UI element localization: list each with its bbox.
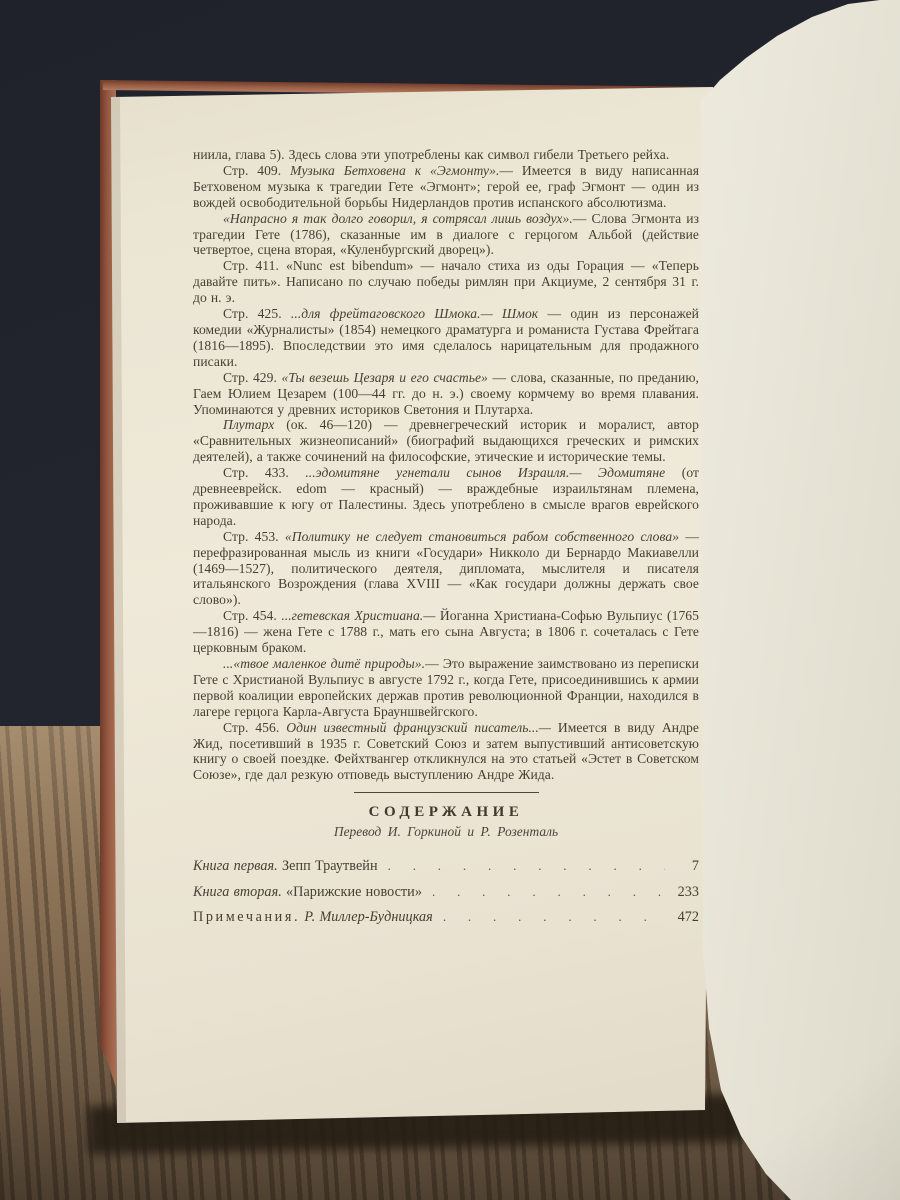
paragraph-italic-text: «Политику не следует становиться рабом с…	[285, 529, 679, 544]
paragraph: Плутарх (ок. 46—120) — древнегреческий и…	[193, 417, 699, 465]
toc-row: Примечания. Р. Миллер-Будницкая. . . . .…	[193, 909, 699, 925]
paragraph: Стр. 433. ...эдомитяне угнетали сынов Из…	[193, 465, 699, 529]
toc-label-segment: Примечания.	[193, 909, 300, 925]
toc-label-segment: Книга вторая.	[193, 884, 282, 900]
toc-row: Книга первая. Зепп Траутвейн. . . . . . …	[193, 858, 699, 874]
paragraph-italic-text: Музыка Бетховена к «Эгмонту».	[290, 163, 499, 178]
page-text: ниила, глава 5). Здесь слова эти употреб…	[193, 147, 699, 935]
paragraph-text: Стр. 454.	[223, 608, 281, 623]
contents-list: Книга первая. Зепп Траутвейн. . . . . . …	[193, 858, 699, 925]
book-photo-scene: ниила, глава 5). Здесь слова эти употреб…	[0, 0, 900, 1200]
toc-label-segment: «Парижские новости»	[282, 884, 422, 900]
toc-dot-leader: . . . . . . . . . .	[433, 909, 665, 925]
paragraph: Стр. 454. ...гетевская Христиана.— Йоган…	[193, 608, 699, 656]
toc-label-segment: Р. Миллер-Будницкая	[300, 909, 433, 925]
toc-label-segment: Книга первая.	[193, 858, 278, 874]
toc-page-number: 7	[665, 858, 699, 874]
toc-row-label: Книга вторая. «Парижские новости»	[193, 884, 422, 900]
paragraph: Стр. 453. «Политику не следует становить…	[193, 529, 699, 609]
paragraph-text: Стр. 409.	[223, 163, 290, 178]
paragraph: «Напрасно я так долго говорил, я сотряса…	[193, 211, 699, 259]
paragraph-italic-text: ...эдомитяне угнетали сынов Израиля.— Эд…	[305, 465, 665, 480]
paragraph-italic-text: ...гетевская Христиана.—	[281, 608, 435, 623]
contents-subtitle: Перевод И. Горкиной и Р. Розенталь	[193, 824, 699, 840]
paragraph-italic-text: ...для фрейтаговского Шмока.— Шмок	[291, 306, 538, 321]
paragraph: Стр. 411. «Nunc est bibendum» — начало с…	[193, 258, 699, 306]
paragraph-text: Стр. 429.	[223, 370, 282, 385]
paragraph-italic-text: «Напрасно я так долго говорил, я сотряса…	[223, 211, 573, 226]
paragraph-text: Стр. 411. «Nunc est bibendum» — начало с…	[193, 258, 699, 305]
toc-row: Книга вторая. «Парижские новости». . . .…	[193, 884, 699, 900]
toc-page-number: 472	[665, 909, 699, 925]
toc-label-segment: Зепп Траутвейн	[278, 858, 378, 874]
body-paragraphs: ниила, глава 5). Здесь слова эти употреб…	[193, 147, 699, 783]
contents-title: СОДЕРЖАНИЕ	[193, 805, 699, 821]
toc-dot-leader: . . . . . . . . . .	[422, 884, 665, 900]
section-divider	[354, 792, 539, 793]
paragraph: Стр. 429. «Ты везешь Цезаря и его счасть…	[193, 370, 699, 418]
paragraph-text: ниила, глава 5). Здесь слова эти употреб…	[193, 147, 669, 162]
paragraph-text: Стр. 453.	[223, 529, 285, 544]
toc-row-label: Примечания. Р. Миллер-Будницкая	[193, 909, 433, 925]
toc-page-number: 233	[665, 884, 699, 900]
paragraph: ниила, глава 5). Здесь слова эти употреб…	[193, 147, 699, 163]
paragraph-text: Стр. 456.	[223, 720, 286, 735]
paragraph-text: Стр. 425.	[223, 306, 291, 321]
paragraph-italic-text: «Ты везешь Цезаря и его счастье»	[282, 370, 488, 385]
paragraph-italic-text: ...«твое маленкое дитё природы».	[223, 656, 425, 671]
paragraph: Стр. 425. ...для фрейтаговского Шмока.— …	[193, 306, 699, 370]
paragraph-italic-text: Один известный французский писатель...—	[286, 720, 551, 735]
paragraph: ...«твое маленкое дитё природы».— Это вы…	[193, 656, 699, 720]
toc-dot-leader: . . . . . . . . . . . . .	[378, 858, 665, 874]
toc-row-label: Книга первая. Зепп Траутвейн	[193, 858, 378, 874]
paragraph: Стр. 456. Один известный французский пис…	[193, 720, 699, 784]
paragraph-italic-text: Плутарх	[223, 417, 274, 432]
paragraph: Стр. 409. Музыка Бетховена к «Эгмонту».—…	[193, 163, 699, 211]
paragraph-text: Стр. 433.	[223, 465, 305, 480]
